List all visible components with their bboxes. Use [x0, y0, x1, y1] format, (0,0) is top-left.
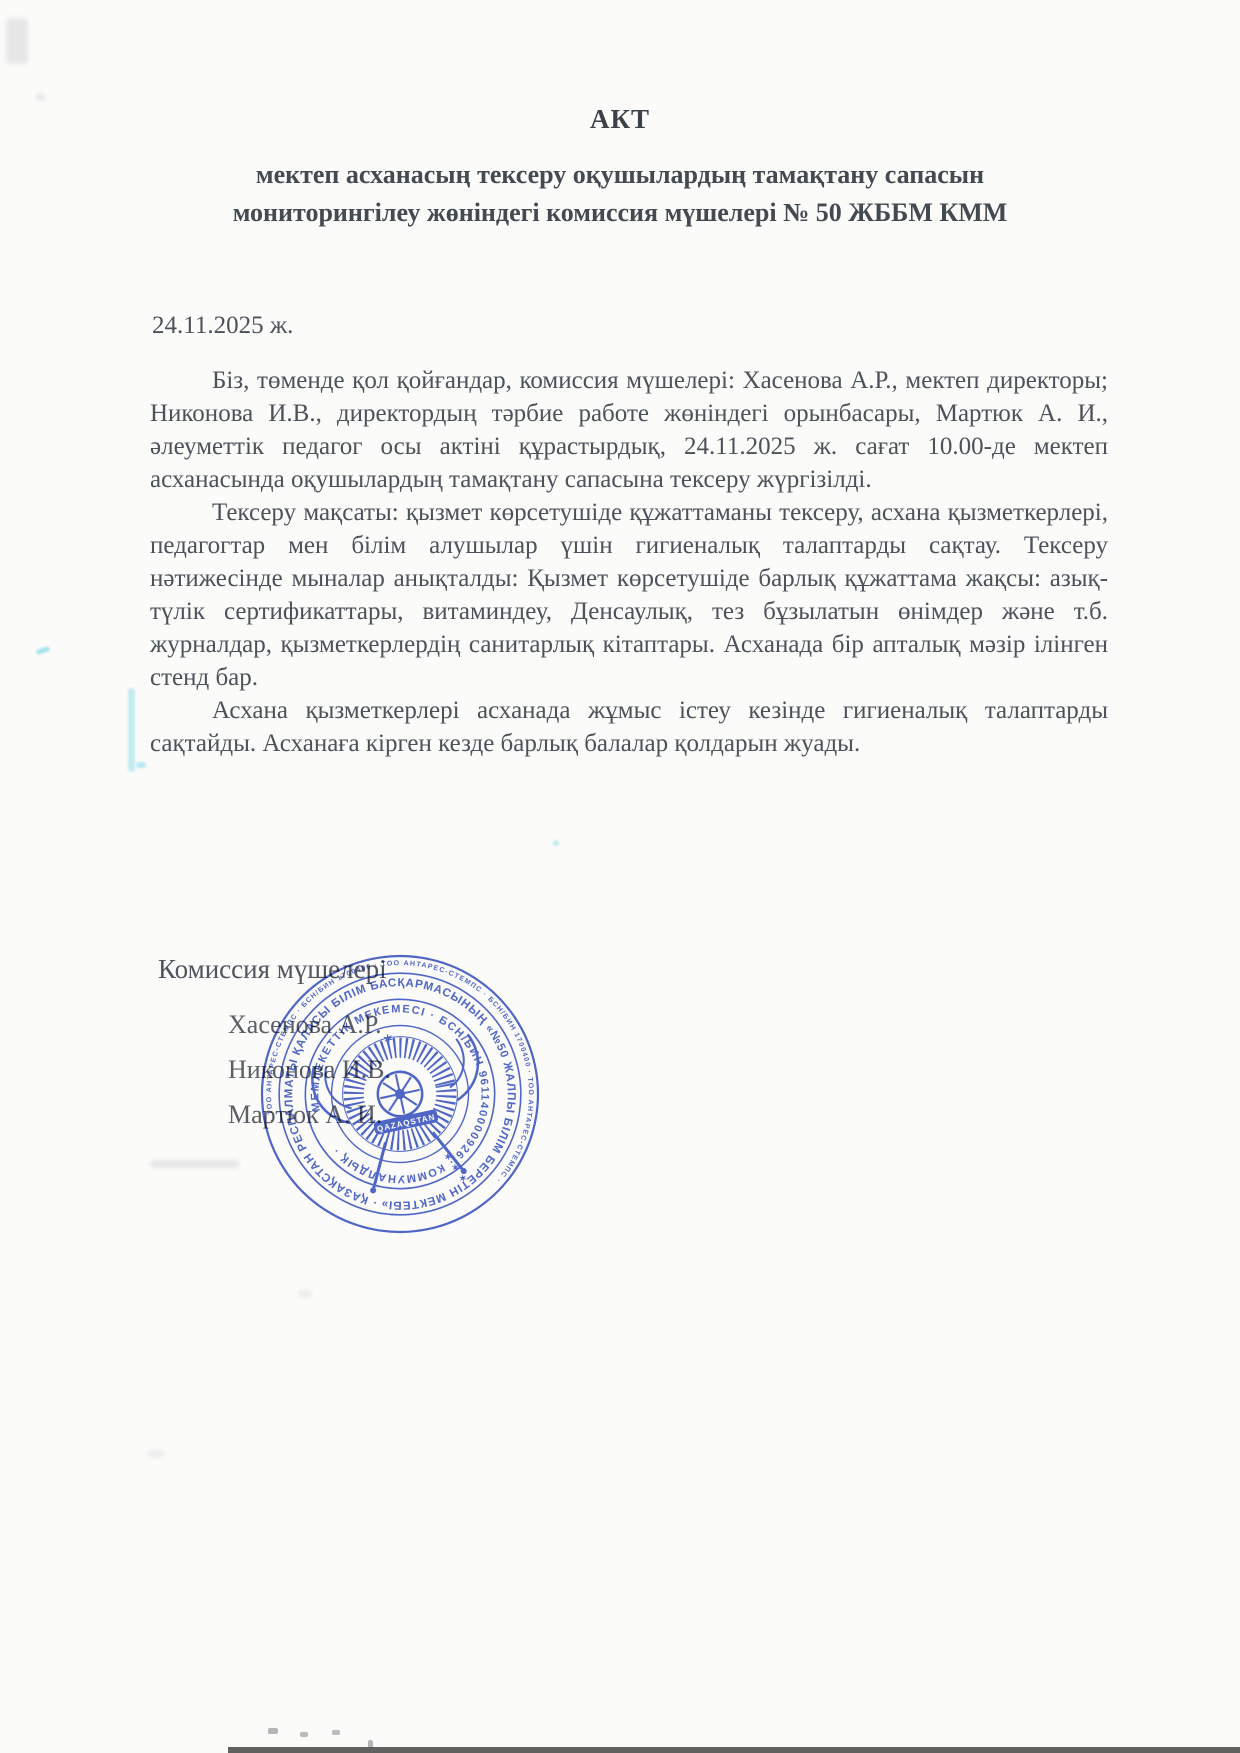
svg-text:✶: ✶	[458, 1173, 468, 1184]
scanned-document-page: АКТ мектеп асханасың тексеру оқушылардың…	[0, 0, 1240, 1753]
document-body: Біз, төменде қол қойғандар, комиссия мүш…	[150, 364, 1108, 760]
scan-cyan-streak	[128, 688, 135, 772]
scan-cyan-mark	[136, 762, 146, 768]
scan-smudge	[36, 94, 46, 101]
document-title: АКТ	[0, 104, 1240, 135]
scan-speck	[268, 1728, 278, 1734]
scan-smudge	[298, 1290, 312, 1298]
document-date: 24.11.2025 ж.	[152, 312, 293, 340]
paragraph-intro: Біз, төменде қол қойғандар, комиссия мүш…	[150, 364, 1108, 496]
scan-smudge	[148, 1450, 164, 1458]
scan-smudge	[150, 1160, 240, 1168]
document-subtitle: мектеп асханасың тексеру оқушылардың там…	[180, 156, 1060, 232]
paragraph-findings: Тексеру мақсаты: қызмет көрсетушіде құжа…	[150, 496, 1108, 694]
scan-speck	[332, 1730, 340, 1735]
paragraph-conclusion: Асхана қызметкерлері асханада жұмыс істе…	[150, 694, 1108, 760]
star-icon: ✶	[382, 1031, 395, 1047]
official-stamp: · ТОО АНТАРЕС-СТЕМПС · БСН/БИН 1700400 ·…	[230, 924, 569, 1263]
scan-speck	[300, 1732, 308, 1737]
svg-text:✶: ✶	[443, 1151, 453, 1162]
scan-bottom-edge	[228, 1747, 1240, 1753]
scan-cyan-mark	[36, 646, 51, 655]
scan-smudge	[6, 18, 28, 64]
scan-cyan-dot	[553, 840, 559, 846]
